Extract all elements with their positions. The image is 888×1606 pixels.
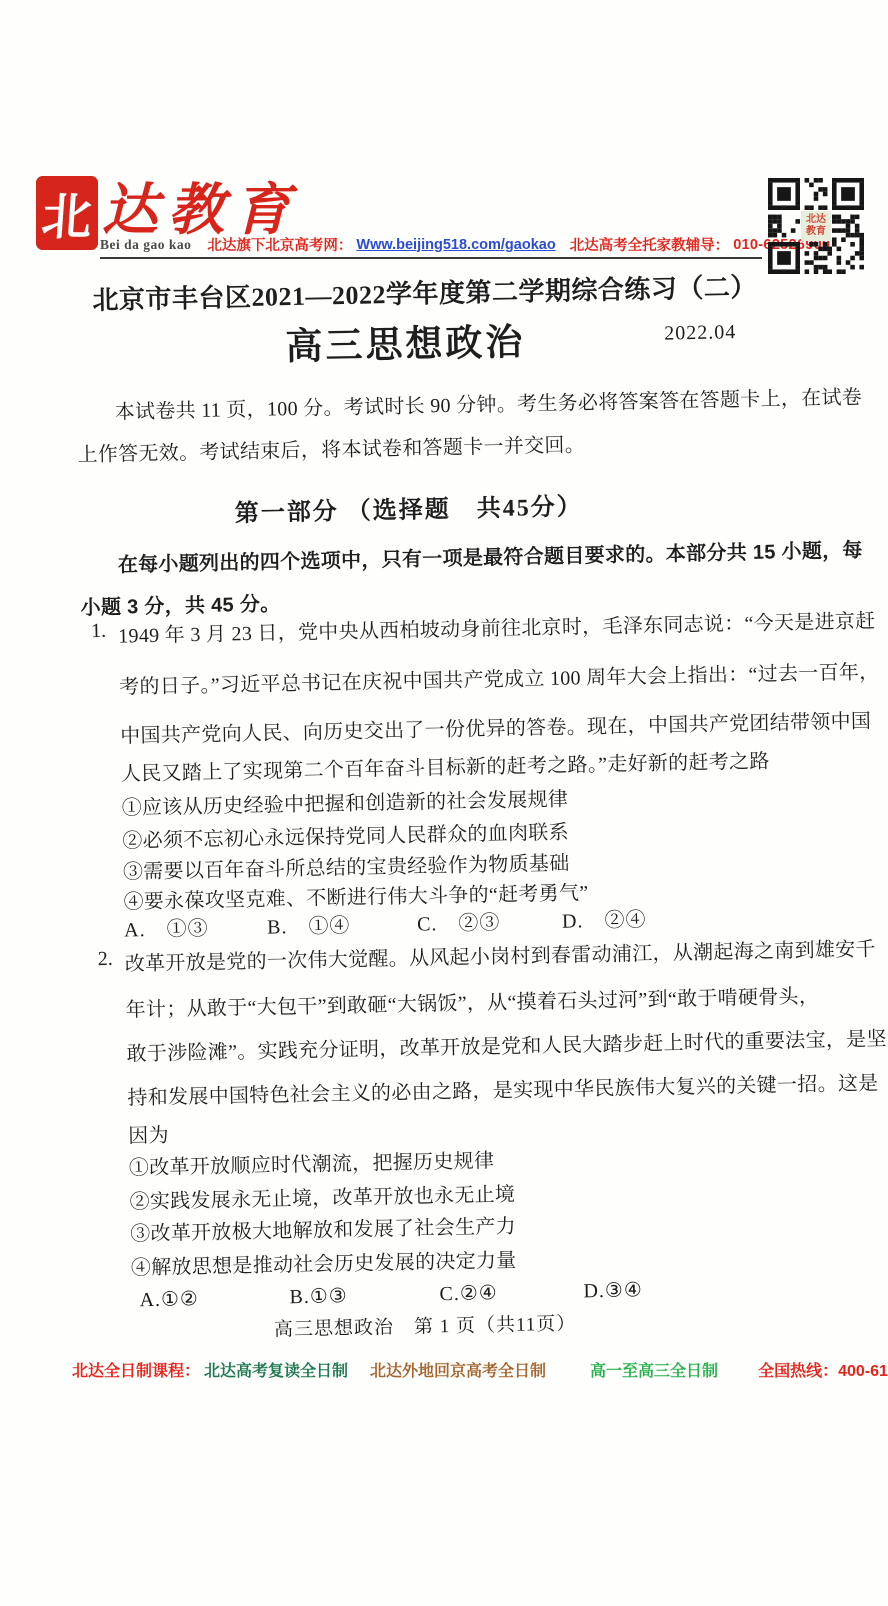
question-choice-line: ③改革开放极大地解放和发展了社会生产力 bbox=[130, 1210, 516, 1247]
seal-character: 北 bbox=[39, 177, 94, 249]
option-a: A.①② bbox=[139, 1286, 199, 1312]
question-line: 人民又踏上了实现第二个百年奋斗目标新的赶考之路。”走好新的赶考之路 bbox=[121, 745, 770, 787]
question-choice-line: ②实践发展永无止境，改革开放也永无止境 bbox=[129, 1178, 515, 1215]
option-b: B.①③ bbox=[289, 1283, 348, 1309]
question-line: 因为 bbox=[128, 1119, 169, 1149]
brand-pinyin: Bei da gao kao bbox=[100, 237, 191, 253]
question-line: 考的日子。”习近平总书记在庆祝中国共产党成立 100 周年大会上指出：“过去一百… bbox=[119, 655, 880, 699]
beida-seal-logo: 北 bbox=[36, 176, 98, 250]
question-choice-line: ①应该从历史经验中把握和创造新的社会发展规律 bbox=[121, 783, 568, 821]
question-number: 2. bbox=[97, 948, 112, 971]
scanned-exam-page: 北 达教育 Bei da gao kao 北达旗下北京高考网： Www.beij… bbox=[0, 0, 888, 1606]
question-choice-line: ④解放思想是推动社会历史发展的决定力量 bbox=[131, 1244, 517, 1281]
question-line: 年计；从敢于“大包干”到敢砸“大锅饭”，从“摸着石头过河”到“敢于啃硬骨头， bbox=[125, 980, 819, 1023]
option-a: A. ①③ bbox=[124, 912, 209, 943]
question-number: 1. bbox=[91, 620, 106, 643]
site-label: 北达旗下北京高考网： bbox=[207, 234, 352, 255]
option-c: C. ②③ bbox=[417, 906, 501, 937]
promo-item-fudu: 北达高考复读全日制 bbox=[204, 1358, 348, 1381]
question-1: 1. 1949 年 3 月 23 日，党中央从西柏坡动身前往北京时，毛泽东同志说… bbox=[91, 605, 837, 950]
question-2: 2. 改革开放是党的一次伟大觉醒。从风起小岗村到春雷动浦江，从潮起海之南到雄安千… bbox=[97, 933, 844, 1328]
brand-tagline-row: Bei da gao kao 北达旗下北京高考网： Www.beijing518… bbox=[100, 234, 762, 255]
instruction-line: 小题 3 分，共 45 分。 bbox=[80, 587, 280, 620]
tutor-label: 北达高考全托家教辅导： bbox=[570, 234, 730, 255]
question-line: 敢于涉险滩”。实践充分证明，改革开放是党和人民大踏步赶上时代的重要法宝，是坚 bbox=[126, 1022, 887, 1066]
part-one-heading: 第一部分 （选择题 共45分） bbox=[0, 481, 824, 533]
option-b: B. ①④ bbox=[267, 909, 351, 940]
promo-item-gaoyi: 高一至高三全日制 bbox=[590, 1358, 718, 1381]
intro-line: 本试卷共 11 页，100 分。考试时长 90 分钟。考生务必将答案答在答题卡上… bbox=[76, 381, 862, 426]
option-c: C.②④ bbox=[439, 1280, 498, 1306]
scan-content: 北京市丰台区2021—2022学年度第二学期综合练习（二） 高三思想政治 202… bbox=[0, 252, 888, 1380]
option-d: D. ②④ bbox=[562, 903, 647, 934]
instruction-line: 在每小题列出的四个选项中，只有一项是最符合题目要求的。本部分共 15 小题，每 bbox=[79, 534, 862, 579]
promo-item-waidi: 北达外地回京高考全日制 bbox=[370, 1358, 546, 1381]
question-line: 中国共产党向人民、向历史交出了一份优异的答卷。现在，中国共产党团结带领中国 bbox=[120, 704, 872, 748]
question-choice-line: ①改革开放顺应时代潮流，把握历史规律 bbox=[129, 1144, 495, 1180]
question-line: 持和发展中国特色社会主义的必由之路，是实现中华民族伟大复兴的关键一招。这是 bbox=[127, 1066, 879, 1110]
promo-hotline: 全国热线：400-6168-182 bbox=[758, 1358, 888, 1381]
option-d: D.③④ bbox=[583, 1277, 643, 1303]
promo-label: 北达全日制课程： bbox=[72, 1358, 200, 1381]
gaokao-site-link[interactable]: Www.beijing518.com/gaokao bbox=[356, 237, 555, 253]
bottom-promo-bar: 北达全日制课程： 北达高考复读全日制 北达外地回京高考全日制 高一至高三全日制 … bbox=[72, 1358, 822, 1381]
exam-date: 2022.04 bbox=[664, 321, 736, 345]
qr-center-label: 北达教育 bbox=[801, 211, 831, 241]
intro-line: 上作答无效。考试结束后，将本试卷和答题卡一并交回。 bbox=[77, 428, 585, 467]
